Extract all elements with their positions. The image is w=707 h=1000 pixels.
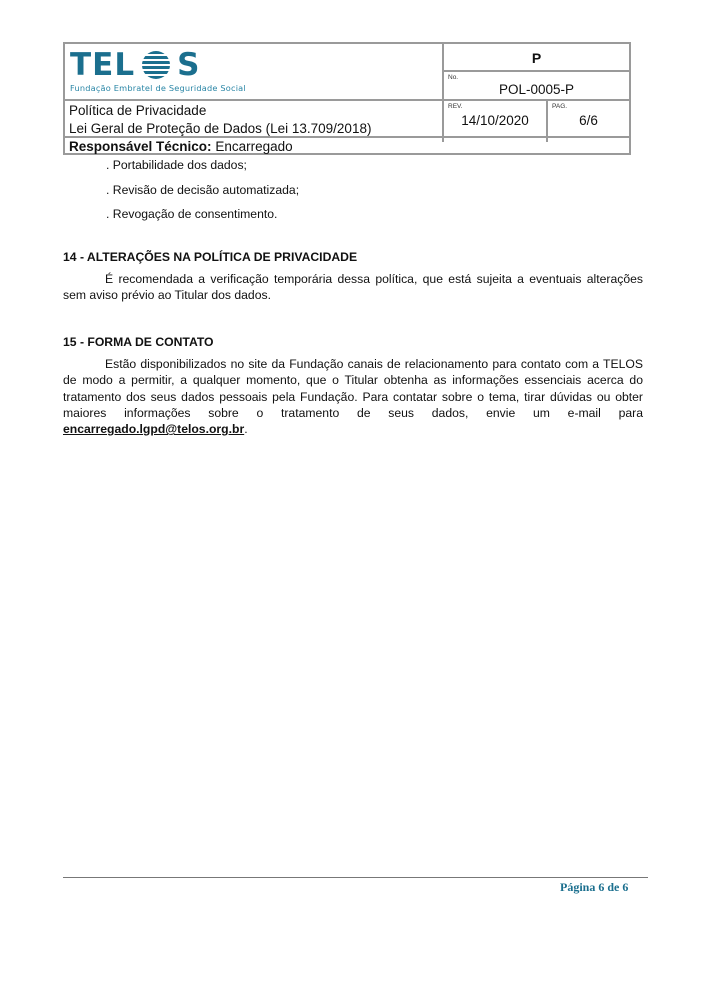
doc-type: P (444, 50, 629, 66)
doc-number: POL-0005-P (444, 82, 629, 97)
doc-number-cell: No. POL-0005-P (444, 72, 629, 99)
telos-logo: TEL S Fundação Embratel de Seguridade So… (70, 48, 246, 93)
logo-subtitle: Fundação Embratel de Seguridade Social (70, 83, 246, 93)
footer-page-number: Página 6 de 6 (560, 880, 628, 895)
paragraph-text: Estão disponibilizados no site da Fundaç… (63, 357, 643, 420)
section-title-15: 15 - FORMA DE CONTATO (63, 335, 214, 349)
section-title-14: 14 - ALTERAÇÕES NA POLÍTICA DE PRIVACIDA… (63, 250, 357, 264)
paragraph: Estão disponibilizados no site da Fundaç… (63, 356, 643, 437)
list-item: . Revisão de decisão automatizada; (106, 183, 299, 197)
revision-cell: REV. 14/10/2020 (444, 101, 546, 136)
contact-email-link[interactable]: encarregado.lgpd@telos.org.br (63, 422, 244, 436)
list-item: . Revogação de consentimento. (106, 207, 277, 221)
striped-globe-icon (142, 51, 170, 79)
paragraph-end: . (244, 422, 247, 436)
section-body-15: Estão disponibilizados no site da Fundaç… (63, 356, 643, 437)
page-number: 6/6 (548, 113, 629, 128)
document-header-table: TEL S Fundação Embratel de Seguridade So… (63, 42, 631, 155)
doc-title: Política de Privacidade (69, 102, 371, 120)
doc-number-label: No. (448, 74, 458, 81)
section-body-14: É recomendada a verificação temporária d… (63, 271, 643, 304)
revision-date: 14/10/2020 (444, 113, 546, 128)
doc-subtitle: Lei Geral de Proteção de Dados (Lei 13.7… (69, 120, 371, 138)
doc-title-cell: Política de Privacidade Lei Geral de Pro… (65, 101, 442, 136)
responsible-cell: Responsável Técnico: Encarregado (65, 138, 629, 155)
logo-text-left: TEL (70, 48, 135, 82)
doc-type-cell: P (444, 44, 629, 70)
responsible-value: Encarregado (215, 139, 292, 154)
responsible-label: Responsável Técnico: (69, 139, 212, 154)
page-cell: PAG. 6/6 (548, 101, 629, 136)
logo-text-right: S (177, 48, 200, 82)
page-label: PAG. (552, 103, 567, 110)
footer-divider (63, 877, 648, 878)
paragraph: É recomendada a verificação temporária d… (63, 271, 643, 304)
revision-label: REV. (448, 103, 463, 110)
list-item: . Portabilidade dos dados; (106, 158, 247, 172)
